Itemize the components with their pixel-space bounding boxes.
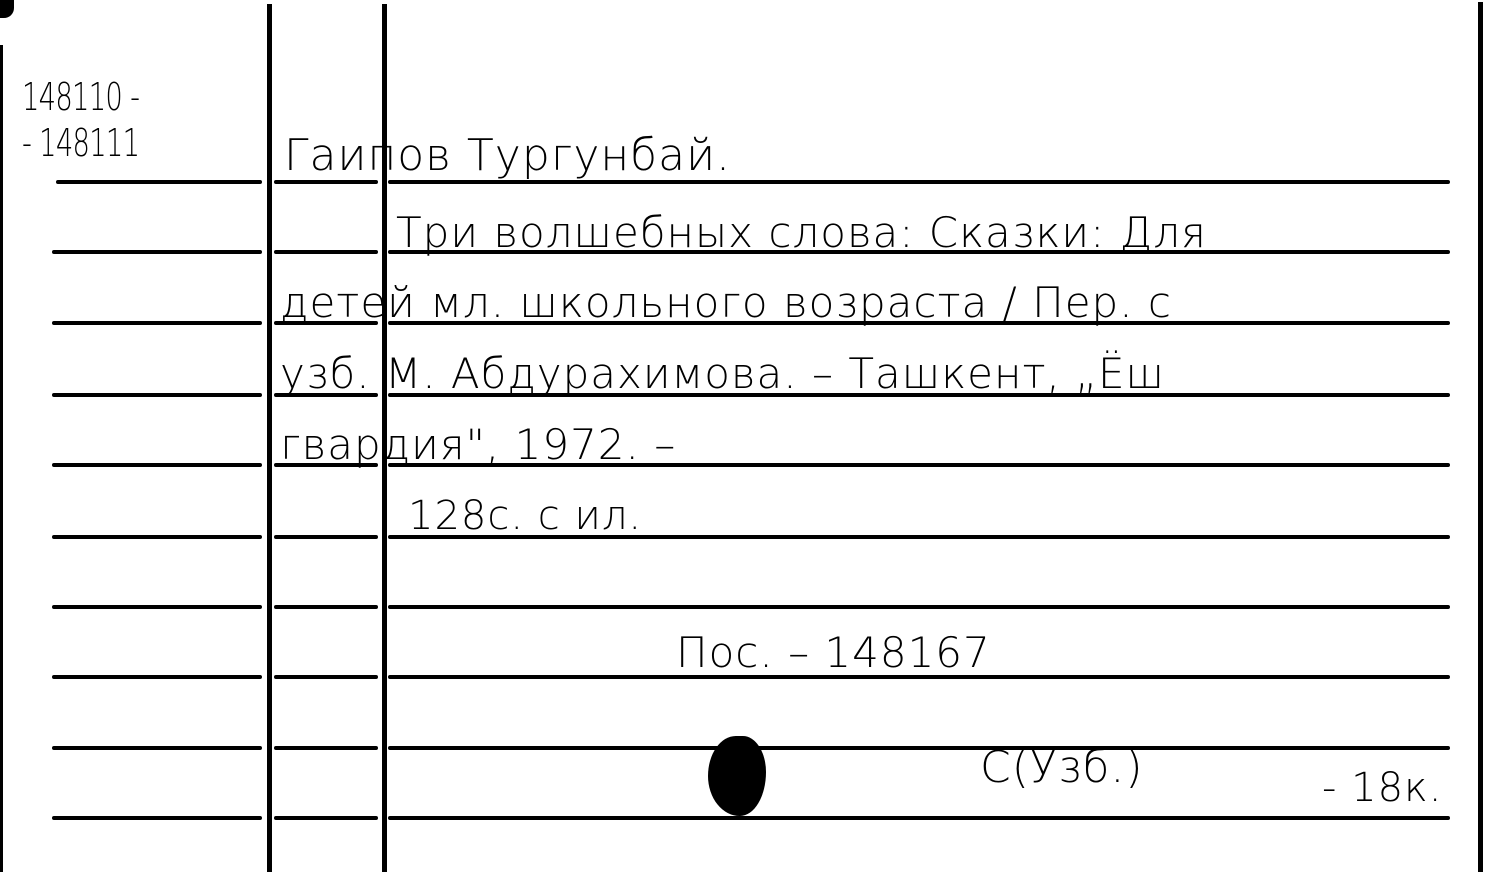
ruled-line	[274, 746, 378, 750]
ruled-line	[274, 535, 378, 539]
ruled-line	[274, 605, 378, 609]
card-right-border	[1478, 2, 1483, 872]
price: - 18к.	[1322, 768, 1443, 808]
call-number-2: - 148111	[22, 124, 139, 162]
ruled-line	[274, 250, 378, 254]
description-line-2: детей мл. школьного возраста / Пер. с	[280, 282, 1172, 324]
card-left-edge	[0, 45, 3, 872]
ruled-line	[274, 816, 378, 820]
ruled-line	[52, 605, 262, 609]
title-line: Три волшебных слова: Сказки: Для	[396, 212, 1207, 254]
ruled-line	[388, 605, 1450, 609]
vertical-rule-left	[267, 4, 272, 872]
corner-mark	[0, 0, 14, 18]
catalog-card: 148110 - - 148111 Гаипов Тургунбай. Три …	[0, 0, 1488, 872]
ruled-line	[56, 180, 262, 184]
author-name: Гаипов Тургунбай.	[284, 134, 731, 178]
ruled-line	[388, 816, 1450, 820]
ruled-line	[388, 746, 1450, 750]
ruled-line	[52, 816, 262, 820]
ruled-line	[52, 535, 262, 539]
classification-code: С(Узб.)	[980, 746, 1144, 790]
call-number-1: 148110 -	[22, 78, 139, 116]
ruled-line	[52, 746, 262, 750]
description-line-4: гвардия", 1972. –	[280, 424, 676, 466]
ruled-line	[52, 675, 262, 679]
ink-blot	[708, 736, 766, 816]
ruled-line	[52, 393, 262, 397]
ruled-line	[52, 250, 262, 254]
ruled-line	[52, 463, 262, 467]
ruled-line	[52, 321, 262, 325]
receipt-number: Пос. – 148167	[676, 632, 991, 674]
description-line-3: узб. М. Абдурахимова. – Ташкент, „Ёш	[280, 353, 1165, 395]
pagination-line: 128с. с ил.	[408, 496, 642, 536]
ruled-line	[274, 675, 378, 679]
